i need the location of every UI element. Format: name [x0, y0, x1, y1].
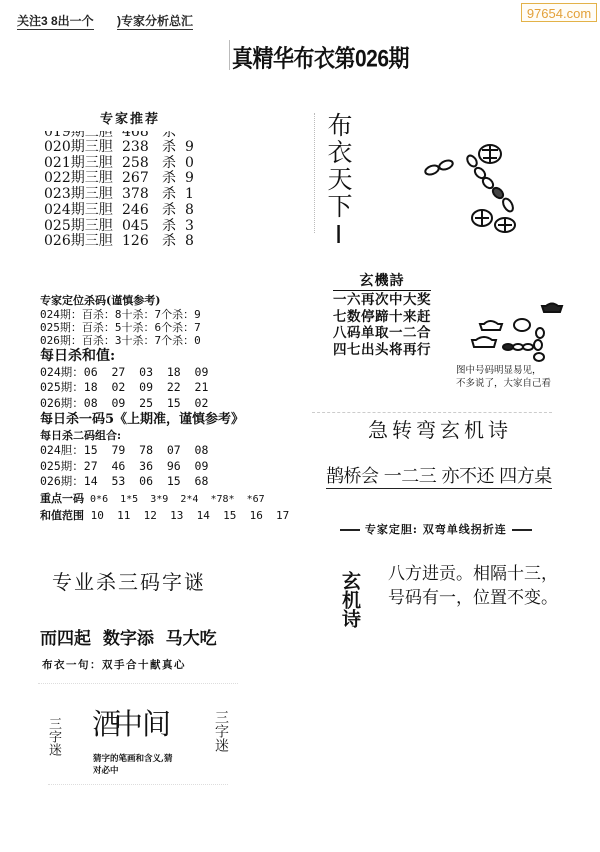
three-char-riddle-label-right: 三字迷	[213, 710, 228, 752]
daily-one-title: 每日杀一码5《上期准，谨慎参考》	[40, 411, 289, 429]
page-title: 真精华布衣第026期	[232, 40, 409, 75]
recommend-table: 019期三胆468杀 020期三胆238杀9 021期三胆258杀0 022期三…	[44, 137, 205, 250]
puzzle-hint: 猜字的笔画和含义,猜对必中	[93, 753, 172, 777]
mystic-poem-title: 玄機詩	[333, 273, 431, 291]
table-row: 021期三胆258杀0	[44, 156, 205, 172]
daily-sum-row: 025期：18 02 09 22 21	[40, 380, 289, 396]
sum-range-values: 10 11 12 13 14 15 16 17	[91, 509, 290, 522]
caption-line: 不多说了，大家自己看	[456, 377, 551, 390]
daily-sum-row: 024期：06 27 03 18 09	[40, 365, 289, 381]
dotted-divider	[38, 683, 238, 684]
dash-decoration	[512, 529, 532, 531]
focus-row: 重点一码 0*6 1*5 3*9 2*4 *78* *67	[40, 490, 289, 508]
mystic-poem: 玄機詩 一六再次中大奖 七数停蹄十来赶 八码单取一二合 四七出头将再行	[333, 273, 431, 358]
dash-decoration	[340, 529, 360, 531]
daily-two-row: 026期：14 53 06 15 68	[40, 474, 289, 490]
caption-line: 图中号码明显易见，	[456, 364, 551, 377]
riddle-words: 而四起 数字添 马大吃	[40, 624, 240, 649]
position-kill-row: 024期：百杀：8十杀：7个杀：9	[40, 308, 289, 321]
table-row: 023期三胆378杀1	[44, 187, 205, 203]
daily-two-title: 每日杀二码组合:	[40, 429, 289, 443]
table-row: 026期三胆126杀8	[44, 234, 205, 250]
urgent-poem-line: 鹊桥会 一二三 亦不还 四方桌	[326, 466, 552, 489]
table-row: 020期三胆238杀9	[44, 140, 205, 156]
position-kill-title: 专家定位杀码(谨慎参考)	[40, 294, 289, 308]
dotted-divider	[314, 113, 316, 233]
dotted-divider	[48, 784, 228, 785]
poem-line: 八码单取一二合	[333, 325, 431, 342]
daily-sum-title: 每日杀和值:	[40, 347, 289, 365]
position-kill-row: 025期：百杀：5十杀：6个杀：7	[40, 321, 289, 334]
title-divider	[229, 40, 230, 70]
xuanji-verse: 八方进贡。相隔十三，号码有一，位置不变。	[388, 562, 558, 610]
mystic-poem-lines: 一六再次中大奖 七数停蹄十来赶 八码单取一二合 四七出头将再行	[333, 292, 431, 358]
daily-two-row: 024胆：15 79 78 07 08	[40, 443, 289, 459]
table-row: 022期三胆267杀9	[44, 171, 205, 187]
table-row: 024期三胆246杀8	[44, 203, 205, 219]
poem-line: 七数停蹄十来赶	[333, 309, 431, 326]
expert-banker-line: 专家定胆: 双弯单线拐折连	[340, 521, 532, 537]
verse-line: 号码有一，位置不变。	[388, 586, 558, 610]
expert-line-text: 专家定胆: 双弯单线拐折连	[365, 523, 507, 536]
ingot-chain-illustration-icon	[470, 300, 570, 360]
position-kill-row: 026期：百杀：3十杀：7个杀：0	[40, 334, 289, 347]
three-char-riddle-label-left: 三字迷	[46, 717, 60, 756]
sum-range-label: 和值范围	[40, 509, 84, 522]
puzzle-char: 间	[142, 708, 171, 740]
stats-block: 专家定位杀码(谨慎参考) 024期：百杀：8十杀：7个杀：9 025期：百杀：5…	[40, 294, 289, 523]
sum-range-row: 和值范围 10 11 12 13 14 15 16 17	[40, 508, 289, 523]
focus-label: 重点一码	[40, 492, 84, 505]
recommend-title: 专家推荐	[100, 108, 160, 127]
picture-caption: 图中号码明显易见，不多说了，大家自己看	[456, 364, 551, 390]
focus-values: 0*6 1*5 3*9 2*4 *78* *67	[90, 494, 265, 505]
poem-line: 一六再次中大奖	[333, 292, 431, 309]
buyi-sentence: 布衣一句：双手合十献真心	[42, 657, 186, 672]
header-link-expert-summary[interactable]: )专家分析总汇	[117, 14, 193, 30]
header-link-follow[interactable]: 关注3 8出一个	[17, 14, 94, 30]
riddle-title: 专业杀三码字谜	[52, 566, 206, 595]
buyi-tianxia-title: 布衣天下I	[325, 112, 351, 251]
chain-illustration-icon	[420, 140, 540, 240]
table-row: 025期三胆045杀3	[44, 219, 205, 235]
hint-line: 对必中	[93, 765, 172, 777]
site-watermark: 97654.com	[521, 3, 597, 22]
xuanji-side-label: 玄机诗	[335, 571, 365, 628]
urgent-poem-title: 急转弯玄机诗	[368, 414, 512, 443]
daily-sum-row: 026期：08 09 25 15 02	[40, 396, 289, 412]
puzzle-char: 中	[114, 708, 143, 740]
hint-line: 猜字的笔画和含义,猜	[93, 753, 172, 765]
poem-line: 四七出头将再行	[333, 342, 431, 359]
table-row: 019期三胆468杀	[44, 131, 205, 140]
verse-line: 八方进贡。相隔十三，	[388, 562, 558, 586]
daily-two-row: 025期：27 46 36 96 09	[40, 459, 289, 475]
puzzle-characters: 酒 中 间	[92, 708, 192, 740]
